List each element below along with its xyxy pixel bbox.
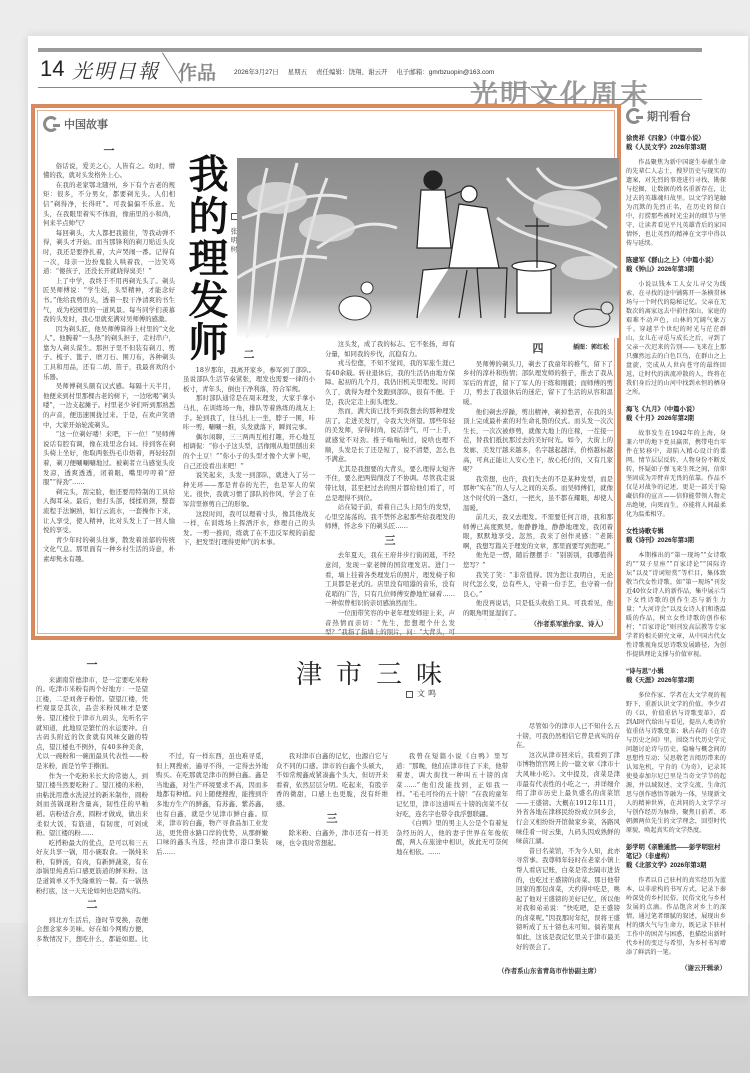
story-column-1: 一 俗话说，爱美之心，人皆有之。幼时，懵懂的我，就对头发格外上心。 在我的老家鄂…	[43, 142, 175, 632]
masthead: 14 光明日報 作品 2026年3月27日 星期五 责任编辑：饶翔、谢云开 电子…	[38, 53, 702, 87]
newspaper-logo: 光明日報	[72, 55, 160, 84]
byline-box-icon	[406, 691, 413, 698]
part-mark: 三	[325, 536, 455, 546]
story2-byline: 文鸣	[406, 688, 439, 699]
paragraph: 《白鸭》里的男主人公是个有着复杂经历的人，他的妻子世界在年俊依醒，两人在旅途中相…	[396, 819, 508, 857]
paragraph: 前几天，我又去理发。不需要任何言语，我和那师傅已高度默契。他静静地，静静地理发，…	[463, 513, 613, 551]
sidebar-item-body: 作者以自己驻村的真实经历为蓝本，以非虚构的书写方式，记录下秦岭深处的乡村民俗、民…	[626, 876, 726, 957]
paragraph: 说笑起来，头发一到部队，就进入了另一种光环——那是青春的光芒，也是军人的荣光。很…	[183, 471, 315, 509]
part-mark: 二	[183, 350, 315, 360]
editors: 责任编辑：饶翔、谢云开	[316, 69, 388, 76]
story2-column-1: 一 来湖南常德津市，是一定要吃米粉的。吃津市米粉有两个好地方：一是望江楼，二是刘…	[36, 656, 148, 946]
paragraph: 这段时间，我可以理着寸头，像其他战友一样，在训练场上挥洒汗水，修理自己的头发。一…	[183, 510, 315, 548]
masthead-rule	[38, 87, 530, 88]
sidebar-item: “诗与思”小辑载《天涯》2026年第2期 多位作家、学者在大文学观的视野下，重新…	[626, 667, 726, 835]
paragraph: 青少年时的剃头往事，散发着浓郁的传统文化气息。那里面有一种乡村生活的诗意，朴素却…	[43, 536, 175, 565]
paragraph: 因为剃头匠，他吴师傅算得上村里的“文化人”。他腕着“一头热”的剃头担子，走村串户…	[43, 325, 175, 383]
story2-column-5: 尽管如今的津市人已不知什么五十镑，可我仍然相信它曾是真实的存在。 这次从津市回来…	[516, 722, 620, 962]
paragraph: 他先是一愣，随后摆摆手：“别别别，我哪值得您写？”	[463, 551, 613, 570]
sidebar-tag-label: 期刊看台	[647, 108, 691, 124]
part-mark: 二	[36, 900, 148, 910]
sidebar-item-title: 女性诗歌专辑载《诗刊》2026年第3期	[626, 527, 726, 545]
paragraph: 戎马倥偬，不知不觉间，我的军旅生涯已有40余载。转业退休后，我的生活仍由地方保障…	[325, 359, 455, 407]
paragraph: 上了中学，我终于不用再剃光头了。剃头匠吴师傅说：“学生娃，头型精神，才能念好书。…	[43, 277, 175, 325]
paragraph: 他没再说话，只是低头收拾工具。可我看见，他的眼角明显湿润了。	[463, 599, 613, 618]
paragraph: 这次从津市回来后，我看到了津市博物馆官网上的一篇文章《津市十大风味小吃》。文中提…	[516, 751, 620, 847]
paragraph: 吴师傅的剃头刀，剃去了我童年的稚气，留下了乡村的淳朴和热情；部队理发师的推子，推…	[463, 360, 613, 408]
paragraph: 然而，满大街已找不到我想去的那种理发店了。走进美发厅，令我大失所望。那些年轻的美…	[325, 407, 455, 465]
periodical-sidebar: 期刊看台 徐贵祥《四象》（中篇小说）载《人民文学》2026年第3期 作品聚焦为新…	[626, 108, 726, 988]
story2-author-note: （作者系山东省青岛市作协副主席）	[498, 966, 600, 975]
story-column-4: 四 吴师傅的剃头刀，剃去了我童年的稚气，留下了乡村的淳朴和热情；部队理发师的推子…	[463, 340, 613, 620]
newspaper-page: 14 光明日報 作品 2026年3月27日 星期五 责任编辑：饶翔、谢云开 电子…	[28, 36, 748, 996]
sidebar-item-body: 作品聚焦为新中国诞生奉献生命的先辈仁人志士，搜罗历史与现实的遗案，对先烈的事迹进…	[626, 158, 726, 248]
paragraph: 在我的老家鄂北随州，乡下有个古老的规矩：很多，不分男女，都要剃光头。人们相信“剃…	[43, 181, 175, 229]
paragraph: 作为一个吃粉米长大的常德人，到望江楼当然要吃粉了。望江楼的米粉，由粘洗用澧水洗浸…	[36, 772, 148, 839]
paragraph: 吃捋粉最大的优点，是可以和三五好友共享一锅，用小碗取食。一锅炖米粉，有鲜汤，有肉…	[36, 839, 148, 897]
masthead-bar	[38, 48, 702, 52]
barber-illustration	[237, 158, 619, 338]
story2-column-4: 我曾在短篇小说《白鸭》里写道：“那晚，他们在津市住了下来，他带着妻，调大街找一种…	[396, 752, 508, 946]
part-mark: 一	[36, 660, 148, 670]
sidebar-item-title: 徐贵祥《四象》（中篇小说）载《人民文学》2026年第3期	[626, 134, 726, 152]
paragraph: 这头发，成了我的标志。它不张扬，却有分量，如同我的步伐，沉稳有力。	[325, 340, 455, 359]
paragraph: 一位面带笑容的中老年理发师迎上来，声音热情而亲切：“先生，您想理个什么发型？”我…	[325, 609, 455, 636]
author-note: （作者系军旅作家、诗人）	[530, 619, 607, 628]
sidebar-item: 女性诗歌专辑载《诗刊》2026年第3期 本期推出的“第一现场”“女诗歌约”“双子…	[626, 527, 726, 659]
story2-column-3: 我对津市白鑫的记忆，也源自它与众不同的口感。津市的白鑫个头硕大，不如常规鑫成紧凑…	[276, 752, 388, 946]
story-title: 我的理发师	[183, 153, 227, 363]
paragraph: 他们剃去浮躁，剪出精神，剃掉愁苦，在我的头顶上完成最朴素的对生命礼赞的仪式。而头…	[463, 408, 613, 475]
paragraph: 到北方生活后，逢时节变换，我便会想念家乡美味。好在如今网购方便，多数情况下，想吃…	[36, 916, 148, 946]
paragraph: 每回剃头，大人都把我箍住，等我动弹不得，剃头才开始。而当那锋利的剃刀贴近头皮时，…	[43, 229, 175, 277]
paragraph: 俗话说，爱美之心，人皆有之。幼时，懵懂的我，就对头发格外上心。	[43, 162, 175, 181]
paragraph: 来湖南常德津市，是一定要吃米粉的。吃津市米粉有两个好地方：一是望江楼，二是刘聋子…	[36, 676, 148, 772]
masthead-rule-right	[544, 99, 702, 100]
paragraph: 我对津市白鑫的记忆，也源自它与众不同的口感。津市的白鑫个头硕大，不如常规鑫成紧凑…	[276, 752, 388, 810]
sidebar-item: 海飞《九月》（中篇小说）载《十月》2026年第2期 故事发生在1942年的上海，…	[626, 405, 726, 519]
masthead-info: 2026年3月27日 星期五 责任编辑：饶翔、谢云开 电子邮箱：gmrbzuop…	[234, 67, 501, 76]
paragraph: 昔日名菜馆，不为今人知，此亦寻常事。我尊师年轻时在老家小镇上帮人看店记账，白菜是…	[516, 847, 620, 953]
paragraph: 站在镜子前，看着自己头上陌生的发型，心里空荡荡的。我不禁怀念起那些给我理发的师傅…	[325, 503, 455, 532]
paragraph: 剃完头，刮完脸，他还要用特制的工具给人掏耳朵。最后，他打头部，揉揉肩颈，整套流程…	[43, 488, 175, 536]
sidebar-item: 彭学明《亲雅通然——彭学明驻村笔记》（非虚构）载《北部文学》2026年第3期 作…	[626, 843, 726, 957]
story2-column-2: 不过，有一样东西，虽也难寻觅，但上网搜索，遍寻不得，一定得去外地购买。在吃那就是…	[156, 752, 268, 946]
story-column-3: 这头发，成了我的标志。它不张扬，却有分量，如同我的步伐，沉稳有力。 戎马倥偬，不…	[325, 340, 455, 636]
sidebar-item-title: “诗与思”小辑载《天涯》2026年第2期	[626, 667, 726, 685]
paragraph: 吴师傅剃头颇有汉式感。每隔十天半月，他便来到村里那棵古老的树下，一边吆喝“剃头喽…	[43, 382, 175, 430]
sidebar-item-body: 小说以钱本工人女儿寻父为线索，在寻找的途中铺陈开一条横贯林场与一个时代的隐秘记忆…	[626, 280, 726, 397]
paragraph: 不过，有一样东西，虽也难寻觅，但上网搜索，遍寻不得，一定得去外地购买。在吃那就是…	[156, 752, 268, 858]
page-number: 14	[40, 56, 64, 82]
sidebar-item-body: 本期推出的“第一现场”“女诗歌约”“双子星座”“百家诗论”“国际诗坛”以及“诗词…	[626, 551, 726, 659]
g-logo-icon	[626, 108, 642, 124]
paragraph: 18岁那年，我离开家乡，参军到了部队。虽说部队生活节奏紧张，理发也需要一律的小板…	[183, 366, 315, 395]
section-tag: 中国故事	[43, 116, 108, 132]
paragraph: 偶尔闲聊，三三两两互相打趣，开心地互相调侃：“你小子这头型，活像刚从地里刨出来的…	[183, 433, 315, 471]
issue-weekday: 星期五	[288, 69, 308, 76]
section-tag-label: 中国故事	[64, 116, 108, 132]
issue-date: 2026年3月27日	[234, 69, 279, 76]
paragraph: 尽管如今的津市人已不知什么五十镑，可我仍然相信它曾是真实的存在。	[516, 722, 620, 751]
paragraph: 我常想，也许，我们失去的不是某种发型，而是那种“实在”的人与人之间的关系。而吴师…	[463, 475, 613, 513]
paragraph: 那时部队通常是在周末理发，大家手拿小马扎，在训练场一角，排队等着熟练的战友上手。…	[183, 394, 315, 432]
sidebar-item-body: 多位作家、学者在大文学观的视野下，重新认识文学的价值。李少君的《以，价值重估与诗…	[626, 691, 726, 835]
sidebar-item-title: 彭学明《亲雅通然——彭学明驻村笔记》（非虚构）载《北部文学》2026年第3期	[626, 843, 726, 870]
paragraph: 我曾在短篇小说《白鸭》里写道：“那晚，他们在津市住了下来，他带着妻，调大街找一种…	[396, 752, 508, 819]
sidebar-item-body: 故事发生在1942年的上海，身兼六甲的地下党员赢雷，携带电台零件在转移中，却陷入…	[626, 429, 726, 519]
part-mark: 一	[43, 146, 175, 156]
sidebar-item-title: 陈建军《群山之上》（中篇小说）载《钟山》2026年第3期	[626, 256, 726, 274]
paragraph: 除米粉、白鑫外，津市还有一样美味，也令我时常想起。	[276, 829, 388, 848]
sidebar-editor-note: （谢云开辑录）	[626, 963, 726, 972]
paragraph: 尤其是我想要的大背头，要么理得太短齐不住，要么把两鬓削没了不协调。尽管我走说带比…	[325, 465, 455, 503]
sidebar-item: 陈建军《群山之上》（中篇小说）载《钟山》2026年第3期 小说以钱本工人女儿寻父…	[626, 256, 726, 397]
part-mark: 三	[276, 814, 388, 824]
paragraph: “这一位剃好喽！来吧，下一位！”吴师傅说话有腔有调，像在戏里念台词。待到客在剃头…	[43, 430, 175, 488]
story2-title: 津市三味	[296, 654, 456, 691]
paragraph: 我笑了笑：“非常值得。因为您让我明白，无论时代怎么变，总有些人，守着一份手艺，也…	[463, 571, 613, 600]
sidebar-tag: 期刊看台	[626, 108, 726, 124]
section-name: 作品	[178, 58, 216, 85]
part-mark: 四	[463, 344, 613, 354]
main-story-frame: 中国故事 我的理发师 张明树 一 俗话说，爱美之心，人皆有之。幼时，懵懂的我，就…	[31, 104, 621, 640]
sidebar-item-title: 海飞《九月》（中篇小说）载《十月》2026年第2期	[626, 405, 726, 423]
sidebar-item: 徐贵祥《四象》（中篇小说）载《人民文学》2026年第3期 作品聚焦为新中国诞生奉…	[626, 134, 726, 248]
paragraph: 去年夏天，我在王府井步行街闲逛，不经意间，发现一家老牌的国营理发店。进门一看，墙…	[325, 551, 455, 609]
author-name: 文鸣	[417, 689, 439, 698]
g-logo-icon	[43, 116, 59, 132]
story-column-2: 二 18岁那年，我离开家乡，参军到了部队。虽说部队生活节奏紧张，理发也需要一律的…	[183, 346, 315, 636]
